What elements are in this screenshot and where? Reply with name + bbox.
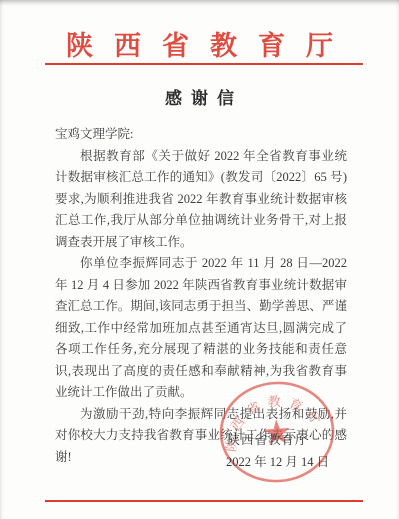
- paragraph-2: 你单位李振辉同志于 2022 年 11 月 28 日—2022 年 12 月 4…: [55, 253, 347, 404]
- letterhead-org-name: 陕西省教育厅: [0, 24, 399, 63]
- letter-title: 感谢信: [0, 84, 399, 109]
- letter-page: 陕西省教育厅 感谢信 宝鸡文理学院: 根据教育部《关于做好 2022 年全省教育…: [0, 0, 399, 519]
- footer-divider: [45, 500, 363, 502]
- salutation: 宝鸡文理学院:: [55, 124, 347, 146]
- letter-body: 宝鸡文理学院: 根据教育部《关于做好 2022 年全省教育事业统计数据审核汇总工…: [55, 124, 347, 468]
- signature-date: 2022 年 12 月 14 日: [226, 452, 322, 470]
- paragraph-1: 根据教育部《关于做好 2022 年全省教育事业统计数据审核汇总工作的通知》(教发…: [55, 146, 347, 254]
- letterhead-divider: [45, 63, 363, 65]
- signature-org: 陕西省教育厅: [226, 430, 310, 448]
